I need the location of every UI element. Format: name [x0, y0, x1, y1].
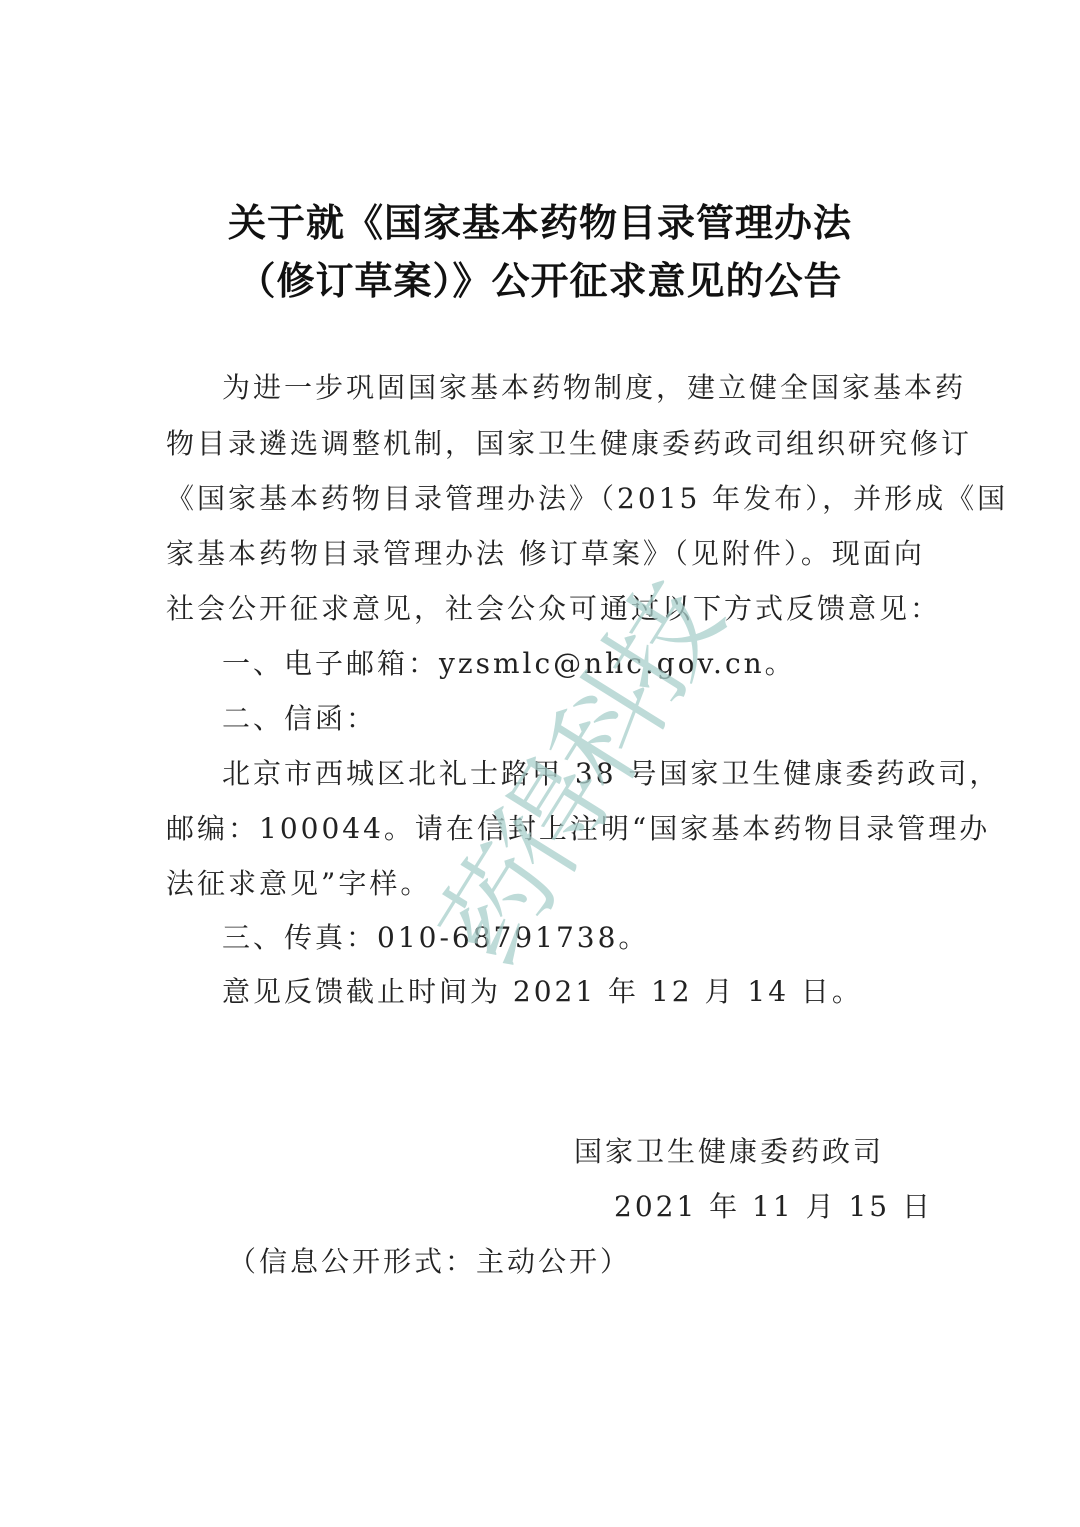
address-line-3: 法征求意见”字样。 — [166, 862, 431, 902]
document-title-line-1: 关于就《国家基本药物目录管理办法 — [0, 192, 1080, 247]
disclosure-note: （信息公开形式：主动公开） — [228, 1240, 631, 1280]
issue-date: 2021 年 11 月 15 日 — [614, 1185, 933, 1225]
address-line-1: 北京市西城区北礼士路甲 38 号国家卫生健康委药政司， — [222, 752, 1000, 792]
address-line-2: 邮编：100044。请在信封上注明“国家基本药物目录管理办 — [166, 807, 990, 847]
letter-heading: 二、信函： — [222, 697, 377, 737]
document-title-line-2: （修订草案）》公开征求意见的公告 — [0, 250, 1080, 305]
fax-line: 三、传真：010-68791738。 — [222, 916, 649, 956]
body-line-5: 社会公开征求意见，社会公众可通过以下方式反馈意见： — [166, 587, 941, 627]
body-line-3: 《国家基本药物目录管理办法》（2015 年发布），并形成《国 — [166, 477, 1008, 517]
body-line-2: 物目录遴选调整机制，国家卫生健康委药政司组织研究修订 — [166, 422, 972, 462]
deadline-line: 意见反馈截止时间为 2021 年 12 月 14 日。 — [222, 970, 863, 1010]
email-line: 一、电子邮箱：yzsmlc@nhc.gov.cn。 — [222, 642, 796, 682]
body-line-4: 家基本药物目录管理办法 修订草案》（见附件）。现面向 — [166, 532, 925, 572]
issuer-signature: 国家卫生健康委药政司 — [574, 1130, 884, 1170]
body-line-1: 为进一步巩固国家基本药物制度，建立健全国家基本药 — [222, 366, 966, 406]
